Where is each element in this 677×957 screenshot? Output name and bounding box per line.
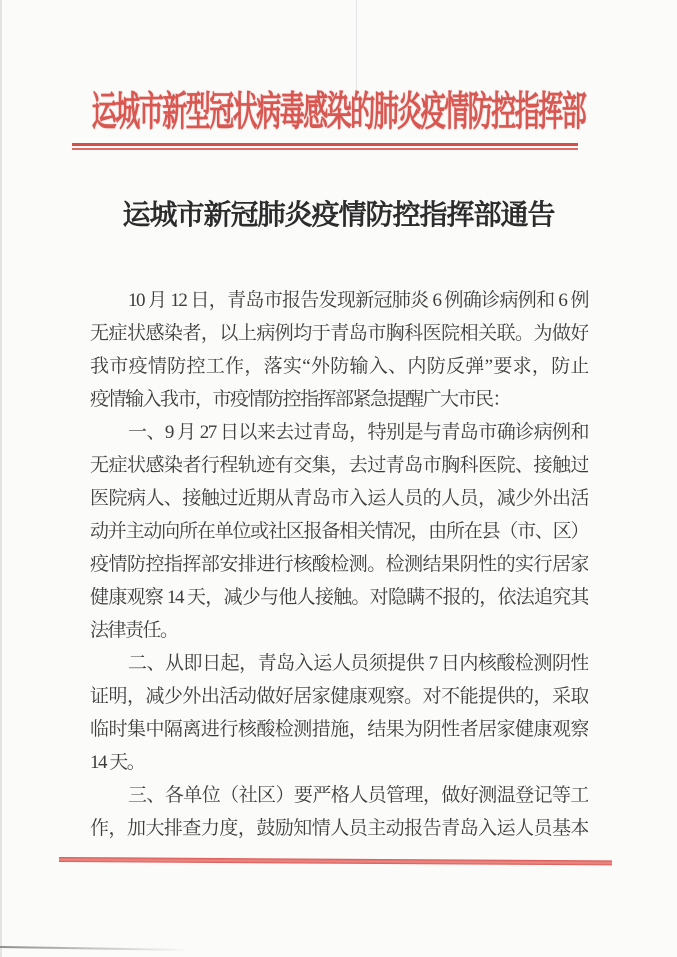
- letterhead-rule-thin: [72, 148, 578, 150]
- body-line-16: 三、各单位（社区）要严格人员管理，做好测温登记等工: [90, 779, 588, 812]
- body-line-6: 无症状感染者行程轨迹有交集，去过青岛市胸科医院、接触过: [90, 449, 588, 482]
- body-line-9: 疫情防控指挥部安排进行核酸检测。检测结果阴性的实行居家: [90, 548, 588, 581]
- body-line-11: 法律责任。: [90, 614, 588, 647]
- scan-corner-artifact: [0, 946, 190, 951]
- body-line-13: 证明，减少外出活动做好居家健康观察。对不能提供的，采取: [90, 680, 588, 713]
- letterhead-title: 运城市新型冠状病毒感染的肺炎疫情防控指挥部: [92, 80, 586, 138]
- body-line-8: 动并主动向所在单位或社区报备相关情况，由所在县（市、区）: [90, 515, 588, 548]
- body-line-7: 医院病人、接触过近期从青岛市入运人员的人员，减少外出活: [90, 482, 588, 515]
- body-line-15: 14 天。: [90, 746, 588, 779]
- body-line-17: 作，加大排查力度，鼓励知情人员主动报告青岛入运人员基本: [90, 812, 588, 845]
- body-line-12: 二、从即日起，青岛入运人员须提供 7 日内核酸检测阴性: [90, 647, 588, 680]
- letterhead-banner: 运城市新型冠状病毒感染的肺炎疫情防控指挥部: [0, 84, 677, 134]
- scanned-notice-page: 运城市新型冠状病毒感染的肺炎疫情防控指挥部 运城市新冠肺炎疫情防控指挥部通告 1…: [0, 0, 677, 957]
- body-line-4: 疫情输入我市，市疫情防控指挥部紧急提醒广大市民：: [90, 383, 588, 416]
- document-body: 10 月 12 日，青岛市报告发现新冠肺炎 6 例确诊病例和 6 例 无症状感染…: [90, 284, 588, 845]
- body-line-5: 一、9 月 27 日以来去过青岛，特别是与青岛市确诊病例和: [90, 416, 588, 449]
- body-line-10: 健康观察 14 天，减少与他人接触。对隐瞒不报的，依法追究其: [90, 581, 588, 614]
- footer-rule: [59, 857, 612, 865]
- body-line-1: 10 月 12 日，青岛市报告发现新冠肺炎 6 例确诊病例和 6 例: [90, 284, 588, 317]
- document-title: 运城市新冠肺炎疫情防控指挥部通告: [0, 193, 677, 233]
- paper-left-edge: [0, 0, 2, 957]
- body-line-3: 我市疫情防控工作，落实“外防输入、内防反弹”要求，防止: [90, 350, 588, 383]
- body-line-14: 临时集中隔离进行核酸检测措施，结果为阴性者居家健康观察: [90, 713, 588, 746]
- body-line-2: 无症状感染者，以上病例均于青岛市胸科医院相关联。为做好: [90, 317, 588, 350]
- letterhead-rule-thick: [72, 143, 578, 146]
